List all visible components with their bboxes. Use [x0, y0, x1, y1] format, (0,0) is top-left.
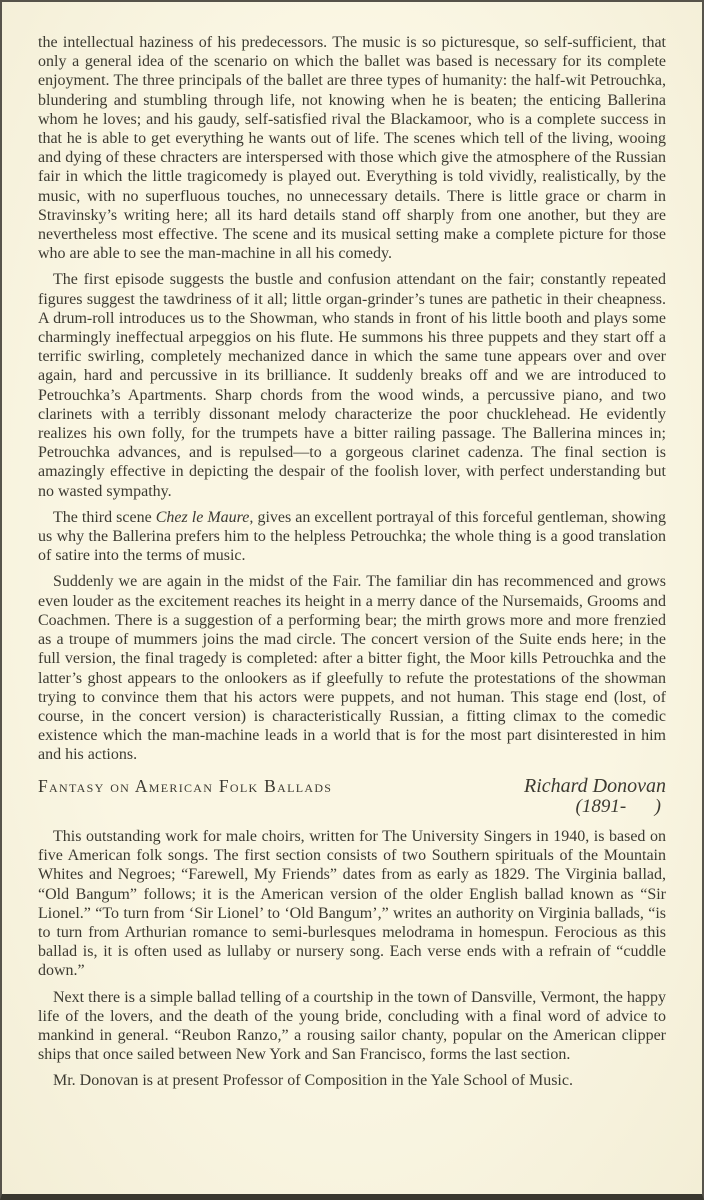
paragraph: This outstanding work for male choirs, w… — [38, 827, 666, 981]
text-segment: the intellectual haziness of his predece… — [38, 34, 666, 262]
composer-dates: (1891- ) — [38, 797, 666, 816]
paragraph: Next there is a simple ballad telling of… — [38, 988, 666, 1065]
composer-name: Richard Donovan — [524, 777, 666, 796]
paragraph: The first episode suggests the bustle an… — [38, 270, 666, 500]
work-title: Fantasy on American Folk Ballads — [38, 777, 332, 796]
paragraph: The third scene Chez le Maure, gives an … — [38, 508, 666, 566]
text-segment: Mr. Donovan is at present Professor of C… — [53, 1072, 573, 1089]
text-segment: The first episode suggests the bustle an… — [38, 271, 666, 499]
paragraph: Suddenly we are again in the midst of th… — [38, 572, 666, 764]
italic-text-segment: Chez le Maure, — [156, 509, 254, 526]
scanned-page: the intellectual haziness of his predece… — [0, 0, 704, 1200]
text-segment: Suddenly we are again in the midst of th… — [38, 573, 666, 763]
paragraph: the intellectual haziness of his predece… — [38, 33, 666, 263]
petrouchka-program-notes: the intellectual haziness of his predece… — [38, 33, 666, 765]
text-segment: This outstanding work for male choirs, w… — [38, 828, 666, 979]
paragraph: Mr. Donovan is at present Professor of C… — [38, 1071, 666, 1090]
donovan-program-notes: This outstanding work for male choirs, w… — [38, 827, 666, 1091]
section-heading-row: Fantasy on American Folk Ballads Richard… — [38, 777, 666, 796]
text-segment: The third scene — [53, 509, 156, 526]
text-segment: Next there is a simple ballad telling of… — [38, 989, 666, 1064]
